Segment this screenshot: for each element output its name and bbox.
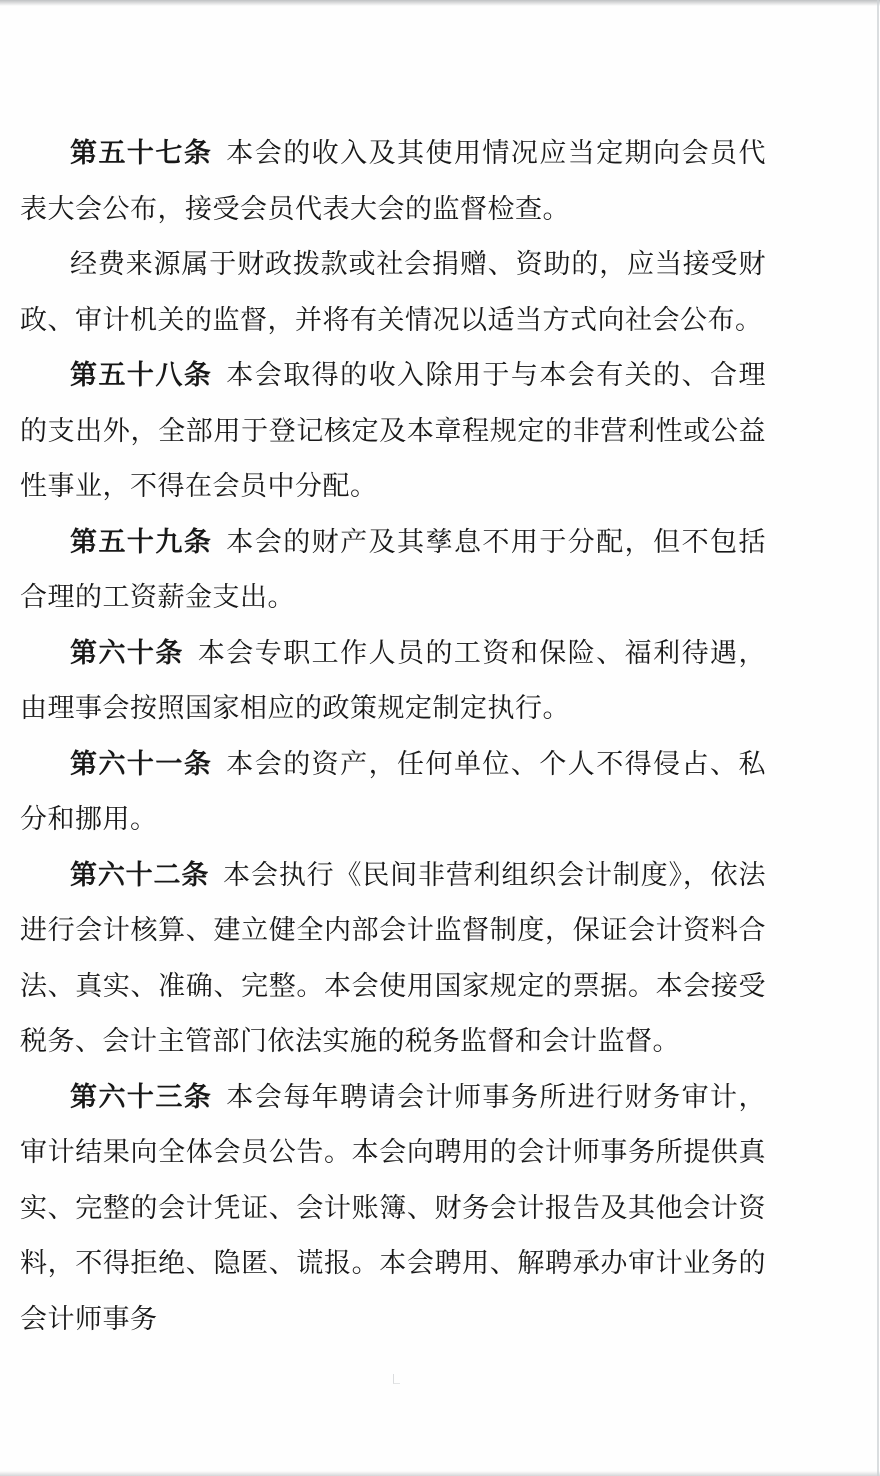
scan-edge-bottom-artifact: [0, 1471, 880, 1476]
article-paragraph: 第六十三条本会每年聘请会计师事务所进行财务审计，审计结果向全体会员公告。本会向聘…: [20, 1070, 766, 1348]
article-number: 第五十九条: [70, 527, 212, 557]
article-number: 第五十八条: [70, 360, 212, 390]
article-paragraph: 第六十二条本会执行《民间非营利组织会计制度》，依法进行会计核算、建立健全内部会计…: [20, 848, 766, 1070]
article-paragraph: 第六十条本会专职工作人员的工资和保险、福利待遇，由理事会按照国家相应的政策规定制…: [20, 626, 766, 737]
article-number: 第六十一条: [70, 749, 212, 779]
document-text-block: 第五十七条本会的收入及其使用情况应当定期向会员代表大会公布，接受会员代表大会的监…: [20, 126, 766, 1347]
article-text: 本会每年聘请会计师事务所进行财务审计，审计结果向全体会员公告。本会向聘用的会计师…: [20, 1082, 766, 1334]
article-paragraph: 经费来源属于财政拨款或社会捐赠、资助的，应当接受财政、审计机关的监督，并将有关情…: [20, 237, 766, 348]
article-number: 第五十七条: [70, 138, 212, 168]
article-paragraph: 第五十七条本会的收入及其使用情况应当定期向会员代表大会公布，接受会员代表大会的监…: [20, 126, 766, 237]
article-text: 经费来源属于财政拨款或社会捐赠、资助的，应当接受财政、审计机关的监督，并将有关情…: [20, 249, 766, 335]
article-number: 第六十条: [70, 638, 184, 668]
article-paragraph: 第五十九条本会的财产及其孳息不用于分配，但不包括合理的工资薪金支出。: [20, 515, 766, 626]
article-number: 第六十三条: [70, 1082, 212, 1112]
scan-edge-right-artifact: [877, 0, 879, 1476]
document-page: 第五十七条本会的收入及其使用情况应当定期向会员代表大会公布，接受会员代表大会的监…: [0, 0, 880, 1476]
scan-speck-artifact: [393, 1374, 400, 1384]
scan-edge-top-artifact: [0, 0, 880, 6]
article-paragraph: 第六十一条本会的资产，任何单位、个人不得侵占、私分和挪用。: [20, 737, 766, 848]
article-number: 第六十二条: [70, 860, 209, 890]
article-paragraph: 第五十八条本会取得的收入除用于与本会有关的、合理的支出外，全部用于登记核定及本章…: [20, 348, 766, 515]
